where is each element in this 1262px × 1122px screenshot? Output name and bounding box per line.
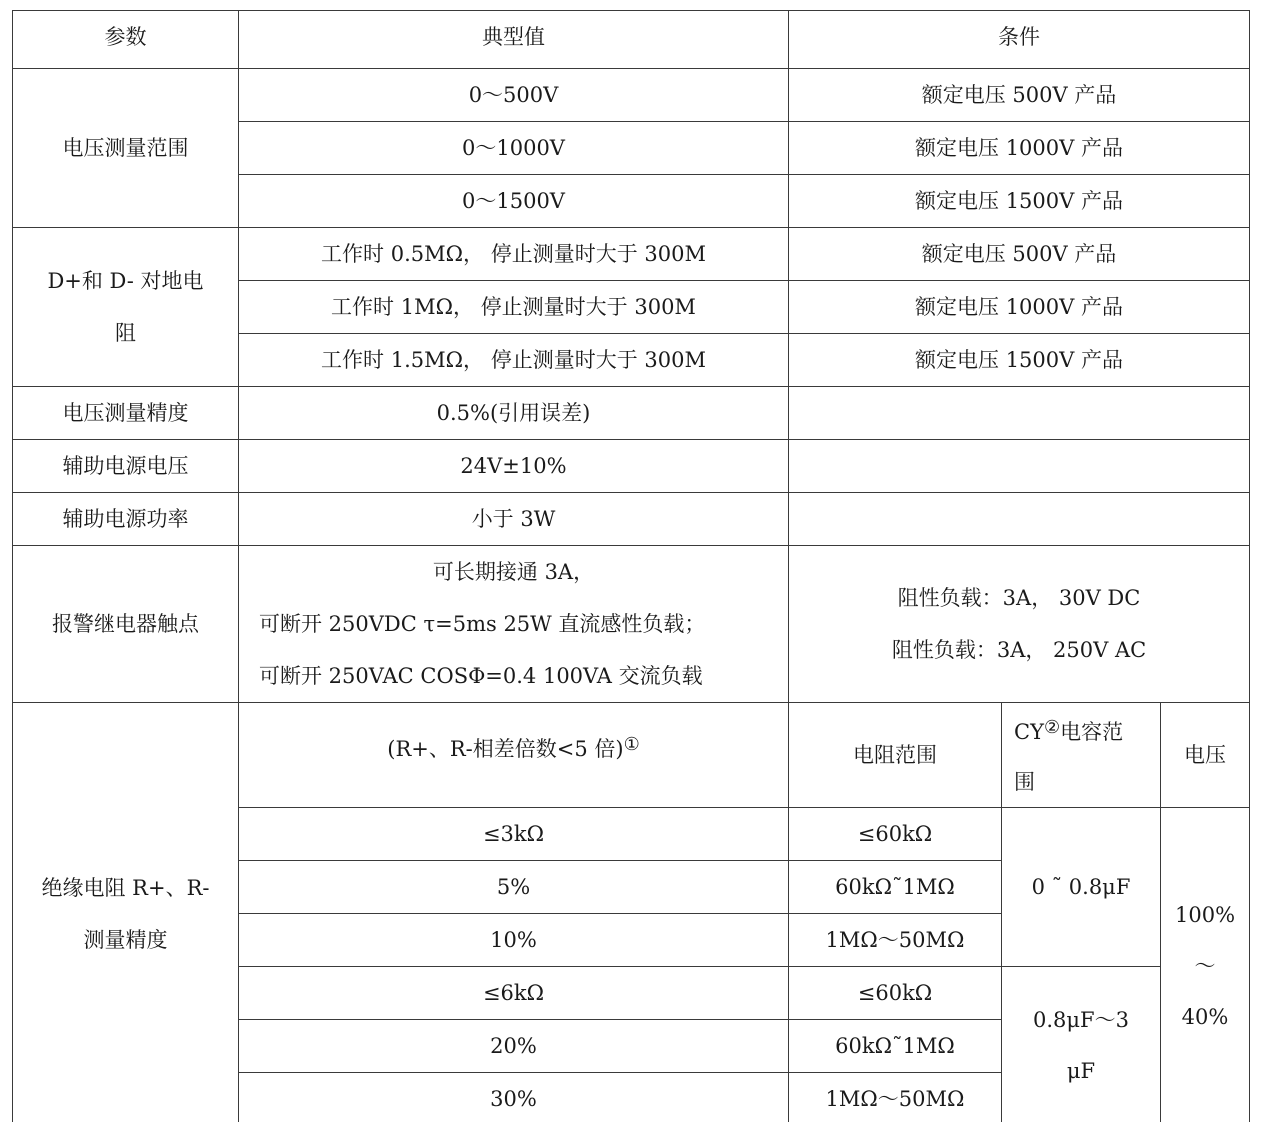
voltage-range-value: 0～1000V [239, 122, 789, 175]
aux-voltage-value: 24V±10% [239, 440, 789, 493]
cap-group-1: 0 ˜ 0.8μF [1002, 808, 1161, 967]
resistance-cell: 60kΩ˜1MΩ [789, 1020, 1002, 1073]
voltage-range-cell: 100% ～ 40% [1161, 808, 1250, 1122]
alarm-relay-value-line: 可断开 250VAC COSΦ=0.4 100VA 交流负载 [239, 650, 788, 702]
resistance-range-header: 电阻范围 [789, 703, 1002, 808]
spec-table: 参数 典型值 条件 电压测量范围 0～500V 额定电压 500V 产品 0～1… [12, 10, 1250, 1122]
voltage-range-value: 0～1500V [239, 175, 789, 228]
voltage-range-value: 0～500V [239, 69, 789, 122]
insulation-label-line1: 绝缘电阻 R+、R- [13, 862, 238, 914]
voltage-accuracy-value: 0.5%(引用误差) [239, 387, 789, 440]
header-param: 参数 [13, 11, 239, 69]
voltage-accuracy-condition [789, 387, 1250, 440]
voltage-range-condition: 额定电压 1500V 产品 [789, 175, 1250, 228]
ground-resistance-label-line1: D+和 D- 对地电 [13, 255, 238, 307]
ground-resistance-value: 工作时 0.5MΩ， 停止测量时大于 300M [239, 228, 789, 281]
aux-power-label: 辅助电源功率 [13, 493, 239, 546]
alarm-relay-condition: 阻性负载：3A， 30V DC 阻性负载：3A， 250V AC [789, 546, 1250, 703]
header-condition: 条件 [789, 11, 1250, 69]
table-row: 电压测量精度 0.5%(引用误差) [13, 387, 1250, 440]
accuracy-cell: 10% [239, 914, 789, 967]
resistance-cell: 1MΩ～50MΩ [789, 914, 1002, 967]
alarm-relay-value-line: 可断开 250VDC τ=5ms 25W 直流感性负载； [239, 598, 788, 650]
accuracy-cell: ≤6kΩ [239, 967, 789, 1020]
voltage-range-condition: 额定电压 500V 产品 [789, 69, 1250, 122]
insulation-header-row: 绝缘电阻 R+、R- 测量精度 (R+、R-相差倍数<5 倍)① 电阻范围 CY… [13, 703, 1250, 808]
voltage-header: 电压 [1161, 703, 1250, 808]
table-row: 报警继电器触点 可长期接通 3A， 可断开 250VDC τ=5ms 25W 直… [13, 546, 1250, 703]
table-row: 辅助电源电压 24V±10% [13, 440, 1250, 493]
voltage-accuracy-label: 电压测量精度 [13, 387, 239, 440]
table-row: D+和 D- 对地电 阻 工作时 0.5MΩ， 停止测量时大于 300M 额定电… [13, 228, 1250, 281]
alarm-relay-value: 可长期接通 3A， 可断开 250VDC τ=5ms 25W 直流感性负载； 可… [239, 546, 789, 703]
accuracy-cell: 30% [239, 1073, 789, 1122]
aux-voltage-label: 辅助电源电压 [13, 440, 239, 493]
ground-resistance-value: 工作时 1MΩ， 停止测量时大于 300M [239, 281, 789, 334]
alarm-relay-value-line: 可长期接通 3A， [239, 546, 788, 598]
footnote-2-marker: ② [1044, 717, 1060, 738]
voltage-range-label: 电压测量范围 [13, 69, 239, 228]
ratio-header: (R+、R-相差倍数<5 倍)① [239, 703, 789, 808]
resistance-cell: 1MΩ～50MΩ [789, 1073, 1002, 1122]
cap-prefix: CY [1014, 720, 1044, 744]
resistance-cell: ≤60kΩ [789, 967, 1002, 1020]
insulation-label-line2: 测量精度 [13, 914, 238, 966]
ground-resistance-label-line2: 阻 [13, 307, 238, 359]
cap-group-2: 0.8μF～3 μF [1002, 967, 1161, 1122]
alarm-relay-condition-line: 阻性负载：3A， 30V DC [789, 572, 1249, 624]
ground-resistance-condition: 额定电压 1000V 产品 [789, 281, 1250, 334]
aux-power-value: 小于 3W [239, 493, 789, 546]
cap-header-line2: 围 [1014, 757, 1160, 807]
table-row: 辅助电源功率 小于 3W [13, 493, 1250, 546]
ground-resistance-label: D+和 D- 对地电 阻 [13, 228, 239, 387]
footnote-1-marker: ① [624, 734, 640, 755]
voltage-range-condition: 额定电压 1000V 产品 [789, 122, 1250, 175]
header-typical: 典型值 [239, 11, 789, 69]
voltage-line: 40% [1161, 992, 1249, 1043]
ground-resistance-value: 工作时 1.5MΩ， 停止测量时大于 300M [239, 334, 789, 387]
ratio-header-text: (R+、R-相差倍数<5 倍) [387, 737, 623, 761]
alarm-relay-label: 报警继电器触点 [13, 546, 239, 703]
aux-power-condition [789, 493, 1250, 546]
cap-header-rest: 电容范 [1060, 720, 1123, 744]
accuracy-cell: 5% [239, 861, 789, 914]
table-row: 电压测量范围 0～500V 额定电压 500V 产品 [13, 69, 1250, 122]
cap-group-2-line2: μF [1002, 1046, 1160, 1097]
voltage-line: ～ [1161, 941, 1249, 992]
resistance-cell: ≤60kΩ [789, 808, 1002, 861]
resistance-cell: 60kΩ˜1MΩ [789, 861, 1002, 914]
alarm-relay-condition-line: 阻性负载：3A， 250V AC [789, 624, 1249, 676]
accuracy-cell: ≤3kΩ [239, 808, 789, 861]
aux-voltage-condition [789, 440, 1250, 493]
ground-resistance-condition: 额定电压 500V 产品 [789, 228, 1250, 281]
voltage-line: 100% [1161, 890, 1249, 941]
accuracy-cell: 20% [239, 1020, 789, 1073]
insulation-label: 绝缘电阻 R+、R- 测量精度 [13, 703, 239, 1122]
cap-range-header: CY②电容范 围 [1002, 703, 1161, 808]
ground-resistance-condition: 额定电压 1500V 产品 [789, 334, 1250, 387]
header-row: 参数 典型值 条件 [13, 11, 1250, 69]
cap-group-2-line1: 0.8μF～3 [1002, 995, 1160, 1046]
